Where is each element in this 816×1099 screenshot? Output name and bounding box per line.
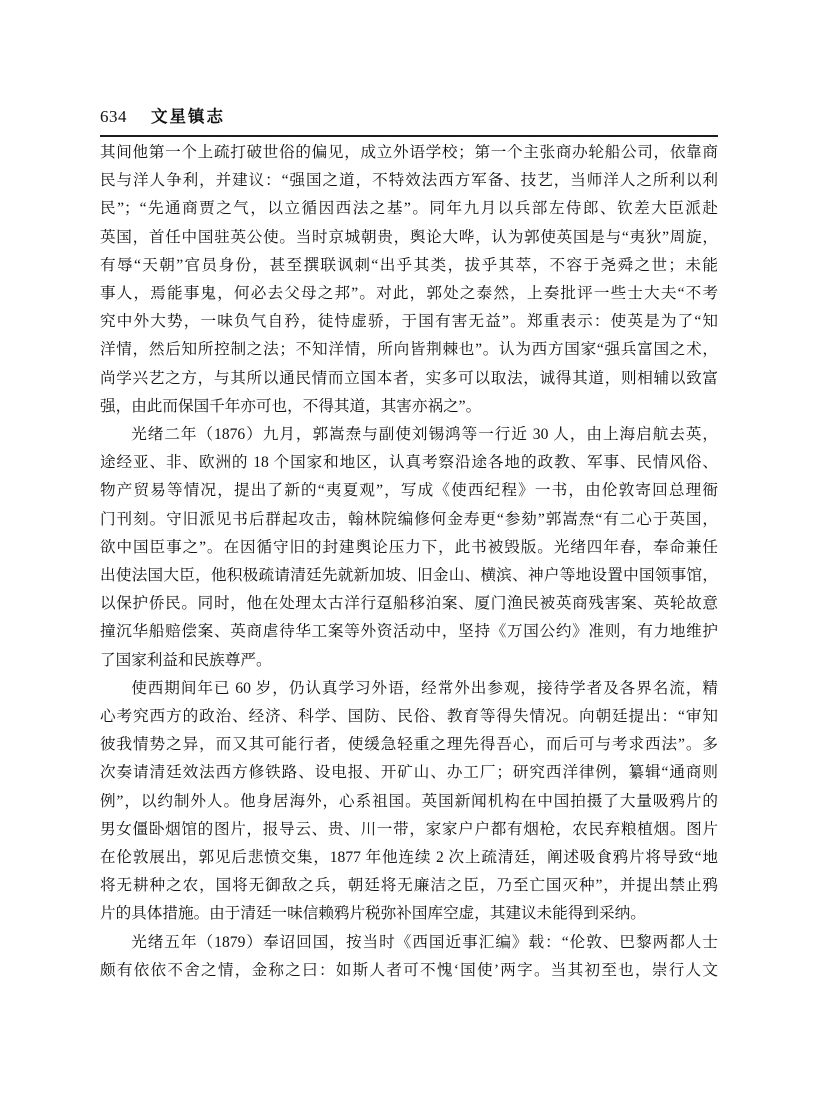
- text-line: 欲中国臣事之”。在因循守旧的封建舆论压力下，此书被毁版。光绪四年春，奉命兼任: [100, 534, 718, 562]
- text-line: 撞沉华船赔偿案、英商虐待华工案等外资活动中，坚持《万国公约》准则，有力地维护: [100, 618, 718, 646]
- paragraph: 光绪五年（1879）奉诏回国，按当时《西国近事汇编》载：“伦敦、巴黎两都人士颇有…: [100, 929, 718, 985]
- body-text: 其间他第一个上疏打破世俗的偏见，成立外语学校；第一个主张商办轮船公司，依靠商民与…: [100, 139, 718, 985]
- text-line: 事人，焉能事鬼，何必去父母之邦”。对此，郭处之泰然，上奏批评一些士大夫“不考: [100, 280, 718, 308]
- text-line: 门刊刻。守旧派见书后群起攻击，翰林院编修何金寿更“参劾”郭嵩焘“有二心于英国，: [100, 506, 718, 534]
- text-line: 了国家利益和民族尊严。: [100, 647, 718, 675]
- text-line: 心考究西方的政治、经济、科学、国防、民俗、教育等得失情况。向朝廷提出：“审知: [100, 703, 718, 731]
- text-line: 洋情，然后知所控制之法；不知洋情，所向皆荆棘也”。认为西方国家“强兵富国之术，: [100, 336, 718, 364]
- text-line: 以保护侨民。同时，他在处理太古洋行趸船移泊案、厦门渔民被英商残害案、英轮故意: [100, 590, 718, 618]
- text-line: 物产贸易等情况，提出了新的“夷夏观”，写成《使西纪程》一书，由伦敦寄回总理衙: [100, 477, 718, 505]
- text-line: 英国，首任中国驻英公使。当时京城朝贵，舆论大哗，认为郭使英国是与“夷狄”周旋，: [100, 224, 718, 252]
- text-line: 民”；“先通商贾之气，以立循因西法之基”。同年九月以兵部左侍郎、钦差大臣派赴: [100, 195, 718, 223]
- page-number: 634: [100, 107, 127, 126]
- paragraph: 使西期间年已 60 岁，仍认真学习外语，经常外出参观，接待学者及各界名流，精心考…: [100, 675, 718, 929]
- text-line: 在伦敦展出，郭见后悲愤交集，1877 年他连续 2 次上疏清廷，阐述吸食鸦片将导…: [100, 844, 718, 872]
- text-line: 究中外大势，一味负气自矜，徒恃虚骄，于国有害无益”。郑重表示：使英是为了“知: [100, 308, 718, 336]
- text-line: 其间他第一个上疏打破世俗的偏见，成立外语学校；第一个主张商办轮船公司，依靠商: [100, 139, 718, 167]
- text-line: 男女僵卧烟馆的图片，报导云、贵、川一带，家家户户都有烟枪，农民弃粮植烟。图片: [100, 816, 718, 844]
- text-line: 有辱“天朝”官员身份，甚至撰联讽刺“出乎其类，拔乎其萃，不容于尧舜之世；未能: [100, 252, 718, 280]
- text-line: 出使法国大臣，他积极疏请清廷先就新加坡、旧金山、横滨、神户等地设置中国领事馆，: [100, 562, 718, 590]
- text-line: 将无耕种之农，国将无御敌之兵，朝廷将无廉洁之臣，乃至亡国灭种”，并提出禁止鸦: [100, 872, 718, 900]
- book-title: 文星镇志: [151, 108, 225, 126]
- page-header: 634文星镇志: [100, 103, 718, 137]
- text-line: 强，由此而保国千年亦可也，不得其道，其害亦祸之”。: [100, 393, 718, 421]
- text-line: 民与洋人争利，并建议：“强国之道，不特效法西方军备、技艺，当师洋人之所利以利: [100, 167, 718, 195]
- text-line: 颇有依依不舍之情，金称之曰：如斯人者可不愧‘国使’两字。当其初至也，崇行人文: [100, 957, 718, 985]
- text-line: 次奏请清廷效法西方修铁路、设电报、开矿山、办工厂；研究西洋律例，纂辑“通商则: [100, 759, 718, 787]
- text-line: 光绪二年（1876）九月，郭嵩焘与副使刘锡鸿等一行近 30 人，由上海启航去英，: [100, 421, 718, 449]
- book-page: 634文星镇志 其间他第一个上疏打破世俗的偏见，成立外语学校；第一个主张商办轮船…: [0, 0, 816, 1099]
- text-line: 光绪五年（1879）奉诏回国，按当时《西国近事汇编》载：“伦敦、巴黎两都人士: [100, 929, 718, 957]
- text-line: 彼我情势之异，而又其可能行者，使缓急轻重之理先得吾心，而后可与考求西法”。多: [100, 731, 718, 759]
- text-line: 尚学兴艺之方，与其所以通民情而立国本者，实多可以取法，诚得其道，则相辅以致富: [100, 365, 718, 393]
- text-line: 例”，以约制外人。他身居海外，心系祖国。英国新闻机构在中国拍摄了大量吸鸦片的: [100, 788, 718, 816]
- paragraph: 其间他第一个上疏打破世俗的偏见，成立外语学校；第一个主张商办轮船公司，依靠商民与…: [100, 139, 718, 421]
- text-line: 途经亚、非、欧洲的 18 个国家和地区，认真考察沿途各地的政教、军事、民情风俗、: [100, 449, 718, 477]
- text-line: 片的具体措施。由于清廷一味信赖鸦片税弥补国库空虚，其建议未能得到采纳。: [100, 900, 718, 928]
- text-line: 使西期间年已 60 岁，仍认真学习外语，经常外出参观，接待学者及各界名流，精: [100, 675, 718, 703]
- paragraph: 光绪二年（1876）九月，郭嵩焘与副使刘锡鸿等一行近 30 人，由上海启航去英，…: [100, 421, 718, 675]
